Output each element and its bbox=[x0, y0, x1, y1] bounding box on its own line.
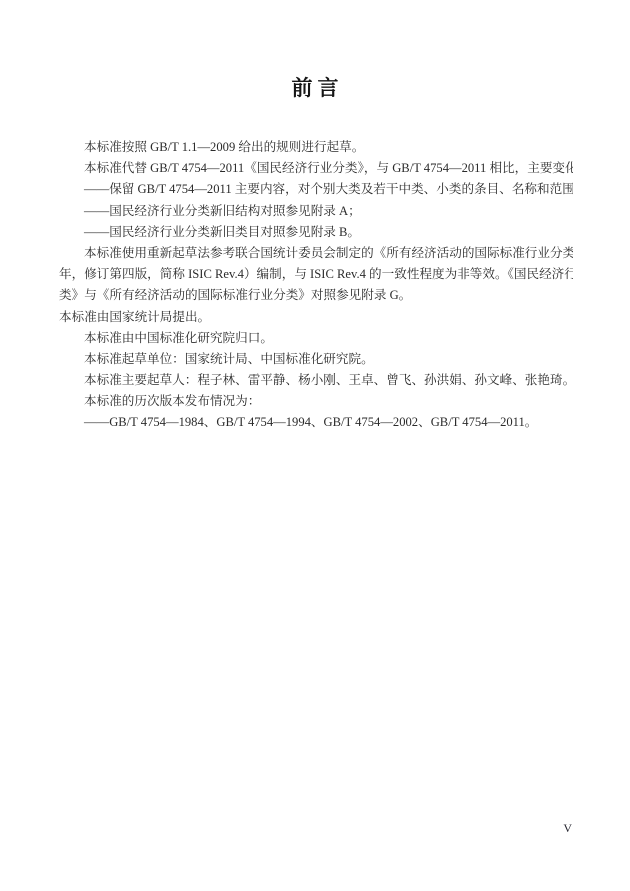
body-line: ——国民经济行业分类新旧结构对照参见附录 A； bbox=[59, 201, 573, 222]
body-line: 年，修订第四版，简称 ISIC Rev.4）编制，与 ISIC Rev.4 的一… bbox=[59, 264, 573, 285]
body-line: 本标准起草单位：国家统计局、中国标准化研究院。 bbox=[59, 349, 573, 370]
body-line: 本标准使用重新起草法参考联合国统计委员会制定的《所有经济活动的国际标准行业分类》… bbox=[59, 243, 573, 264]
page-title: 前言 bbox=[0, 72, 630, 102]
body-line: 本标准主要起草人：程子林、雷平静、杨小刚、王卓、曾飞、孙洪娟、孙文峰、张艳琦。 bbox=[59, 370, 573, 391]
document-body: 本标准按照 GB/T 1.1—2009 给出的规则进行起草。 本标准代替 GB/… bbox=[59, 137, 573, 434]
body-line: 本标准代替 GB/T 4754—2011《国民经济行业分类》，与 GB/T 47… bbox=[59, 158, 573, 179]
body-line: 本标准由国家统计局提出。 bbox=[59, 307, 573, 328]
body-line: 本标准的历次版本发布情况为： bbox=[59, 391, 573, 412]
document-page: 前言 本标准按照 GB/T 1.1—2009 给出的规则进行起草。 本标准代替 … bbox=[0, 0, 630, 891]
body-line: ——GB/T 4754—1984、GB/T 4754—1994、GB/T 475… bbox=[59, 412, 573, 433]
body-line: ——保留 GB/T 4754—2011 主要内容，对个别大类及若干中类、小类的条… bbox=[59, 179, 573, 200]
body-line: ——国民经济行业分类新旧类目对照参见附录 B。 bbox=[59, 222, 573, 243]
page-number: V bbox=[59, 821, 572, 836]
body-line: 本标准按照 GB/T 1.1—2009 给出的规则进行起草。 bbox=[59, 137, 573, 158]
body-line: 类》与《所有经济活动的国际标准行业分类》对照参见附录 G。 bbox=[59, 285, 573, 306]
body-line: 本标准由中国标准化研究院归口。 bbox=[59, 328, 573, 349]
